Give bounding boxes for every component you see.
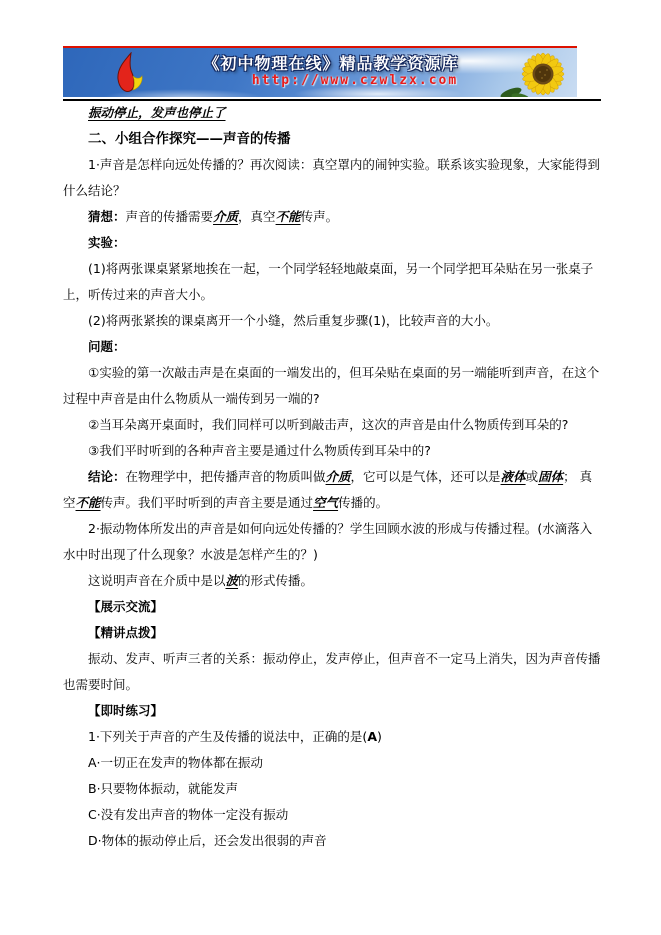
text-run: ③我们平时听到的各种声音主要是通过什么物质传到耳朵中的? xyxy=(88,443,431,458)
text-run: 【精讲点拨】 xyxy=(88,625,163,640)
paragraph: C·没有发出声音的物体一定没有振动 xyxy=(63,802,601,828)
document-page: 《初中物理在线》精品教学资源库 http://www.czwlzx.com xyxy=(0,0,661,935)
text-run: A·一切正在发声的物体都在振动 xyxy=(88,755,263,770)
text-run: 【即时练习】 xyxy=(88,703,163,718)
section-heading: 二、小组合作探究——声音的传播 xyxy=(63,126,601,152)
paragraph: 实验： xyxy=(63,230,601,256)
text-run: 在物理学中，把传播声音的物质叫做 xyxy=(126,469,326,484)
paragraph: 【精讲点拨】 xyxy=(63,620,601,646)
text-run: 声音的传播需要 xyxy=(126,209,214,224)
paragraph: 【展示交流】 xyxy=(63,594,601,620)
document-body[interactable]: 振动停止，发声也停止了二、小组合作探究——声音的传播1·声音是怎样向远处传播的？… xyxy=(63,100,601,854)
text-run: 或 xyxy=(526,469,539,484)
text-run: ，真空 xyxy=(238,209,276,224)
handwritten-answer: 振动停止，发声也停止了 xyxy=(88,105,226,120)
paragraph: D·物体的振动停止后，还会发出很弱的声音 xyxy=(63,828,601,854)
paragraph: 2·振动物体所发出的声音是如何向远处传播的？学生回顾水波的形成与传播过程。(水滴… xyxy=(63,516,601,568)
paragraph: 这说明声音在介质中是以波的形式传播。 xyxy=(63,568,601,594)
text-run: 【展示交流】 xyxy=(88,599,163,614)
text-run: 1·下列关于声音的产生及传播的说法中，正确的是( xyxy=(88,729,367,744)
text-run: ，它可以是气体，还可以是 xyxy=(351,469,501,484)
handwritten-answer: 空气 xyxy=(313,495,338,510)
handwritten-answer: 液体 xyxy=(501,469,526,484)
paragraph: 1·声音是怎样向远处传播的？再次阅读：真空罩内的闹钟实验。联系该实验现象，大家能… xyxy=(63,152,601,204)
text-run: 传声。我们平时听到的声音主要是通过 xyxy=(101,495,314,510)
handwritten-answer: 介质 xyxy=(213,209,238,224)
text-run: 振动、发声、听声三者的关系：振动停止，发声停止，但声音不一定马上消失，因为声音传… xyxy=(63,651,601,692)
handwritten-answer: 波 xyxy=(226,573,239,588)
paragraph: (2)将两张紧挨的课桌离开一个小缝，然后重复步骤(1)，比较声音的大小。 xyxy=(63,308,601,334)
text-run: C·没有发出声音的物体一定没有振动 xyxy=(88,807,288,822)
text-run: 1·声音是怎样向远处传播的？再次阅读：真空罩内的闹钟实验。联系该实验现象，大家能… xyxy=(63,157,600,198)
paragraph: 结论：在物理学中，把传播声音的物质叫做介质，它可以是气体，还可以是液体或固体； … xyxy=(63,464,601,516)
paragraph: 振动、发声、听声三者的关系：振动停止，发声停止，但声音不一定马上消失，因为声音传… xyxy=(63,646,601,698)
paragraph: ②当耳朵离开桌面时，我们同样可以听到敲击声，这次的声音是由什么物质传到耳朵的? xyxy=(63,412,601,438)
text-run: ①实验的第一次敲击声是在桌面的一端发出的，但耳朵贴在桌面的另一端能听到声音，在这… xyxy=(63,365,599,406)
text-run: A xyxy=(367,729,377,744)
text-run: ②当耳朵离开桌面时，我们同样可以听到敲击声，这次的声音是由什么物质传到耳朵的? xyxy=(88,417,568,432)
handwritten-answer: 固体 xyxy=(538,469,563,484)
text-run: 这说明声音在介质中是以 xyxy=(88,573,226,588)
text-run: 的形式传播。 xyxy=(238,573,313,588)
text-run: 传声。 xyxy=(301,209,339,224)
text-run: 实验： xyxy=(88,235,126,250)
paragraph: A·一切正在发声的物体都在振动 xyxy=(63,750,601,776)
paragraph: ①实验的第一次敲击声是在桌面的一端发出的，但耳朵贴在桌面的另一端能听到声音，在这… xyxy=(63,360,601,412)
paragraph: ③我们平时听到的各种声音主要是通过什么物质传到耳朵中的? xyxy=(63,438,601,464)
text-run: 猜想： xyxy=(88,209,126,224)
handwritten-answer-line: 振动停止，发声也停止了 xyxy=(63,100,601,126)
paragraph: 问题： xyxy=(63,334,601,360)
paragraph: 【即时练习】 xyxy=(63,698,601,724)
paragraph: B·只要物体振动，就能发声 xyxy=(63,776,601,802)
text-run: (1)将两张课桌紧紧地挨在一起，一个同学轻轻地敲桌面，另一个同学把耳朵贴在另一张… xyxy=(63,261,593,302)
banner-title: 《初中物理在线》精品教学资源库 xyxy=(163,51,499,74)
text-run: (2)将两张紧挨的课桌离开一个小缝，然后重复步骤(1)，比较声音的大小。 xyxy=(88,313,498,328)
text-run: D·物体的振动停止后，还会发出很弱的声音 xyxy=(88,833,327,848)
text-run: 问题： xyxy=(88,339,126,354)
text-run: 2·振动物体所发出的声音是如何向远处传播的？学生回顾水波的形成与传播过程。(水滴… xyxy=(63,521,592,562)
text-run: 二、小组合作探究——声音的传播 xyxy=(88,131,291,147)
text-run: 结论： xyxy=(88,469,126,484)
site-logo-icon xyxy=(109,52,149,96)
handwritten-answer: 不能 xyxy=(76,495,101,510)
handwritten-answer: 介质 xyxy=(326,469,351,484)
paragraph: (1)将两张课桌紧紧地挨在一起，一个同学轻轻地敲桌面，另一个同学把耳朵贴在另一张… xyxy=(63,256,601,308)
paragraph: 猜想：声音的传播需要介质，真空不能传声。 xyxy=(63,204,601,230)
sunflower-icon xyxy=(493,47,571,97)
banner-url: http://www.czwlzx.com xyxy=(193,73,517,88)
handwritten-answer: 不能 xyxy=(276,209,301,224)
text-run: ) xyxy=(377,729,382,744)
paragraph: 1·下列关于声音的产生及传播的说法中，正确的是(A) xyxy=(63,724,601,750)
text-run: B·只要物体振动，就能发声 xyxy=(88,781,238,796)
site-banner: 《初中物理在线》精品教学资源库 http://www.czwlzx.com xyxy=(63,46,577,97)
text-run: 传播的。 xyxy=(338,495,388,510)
